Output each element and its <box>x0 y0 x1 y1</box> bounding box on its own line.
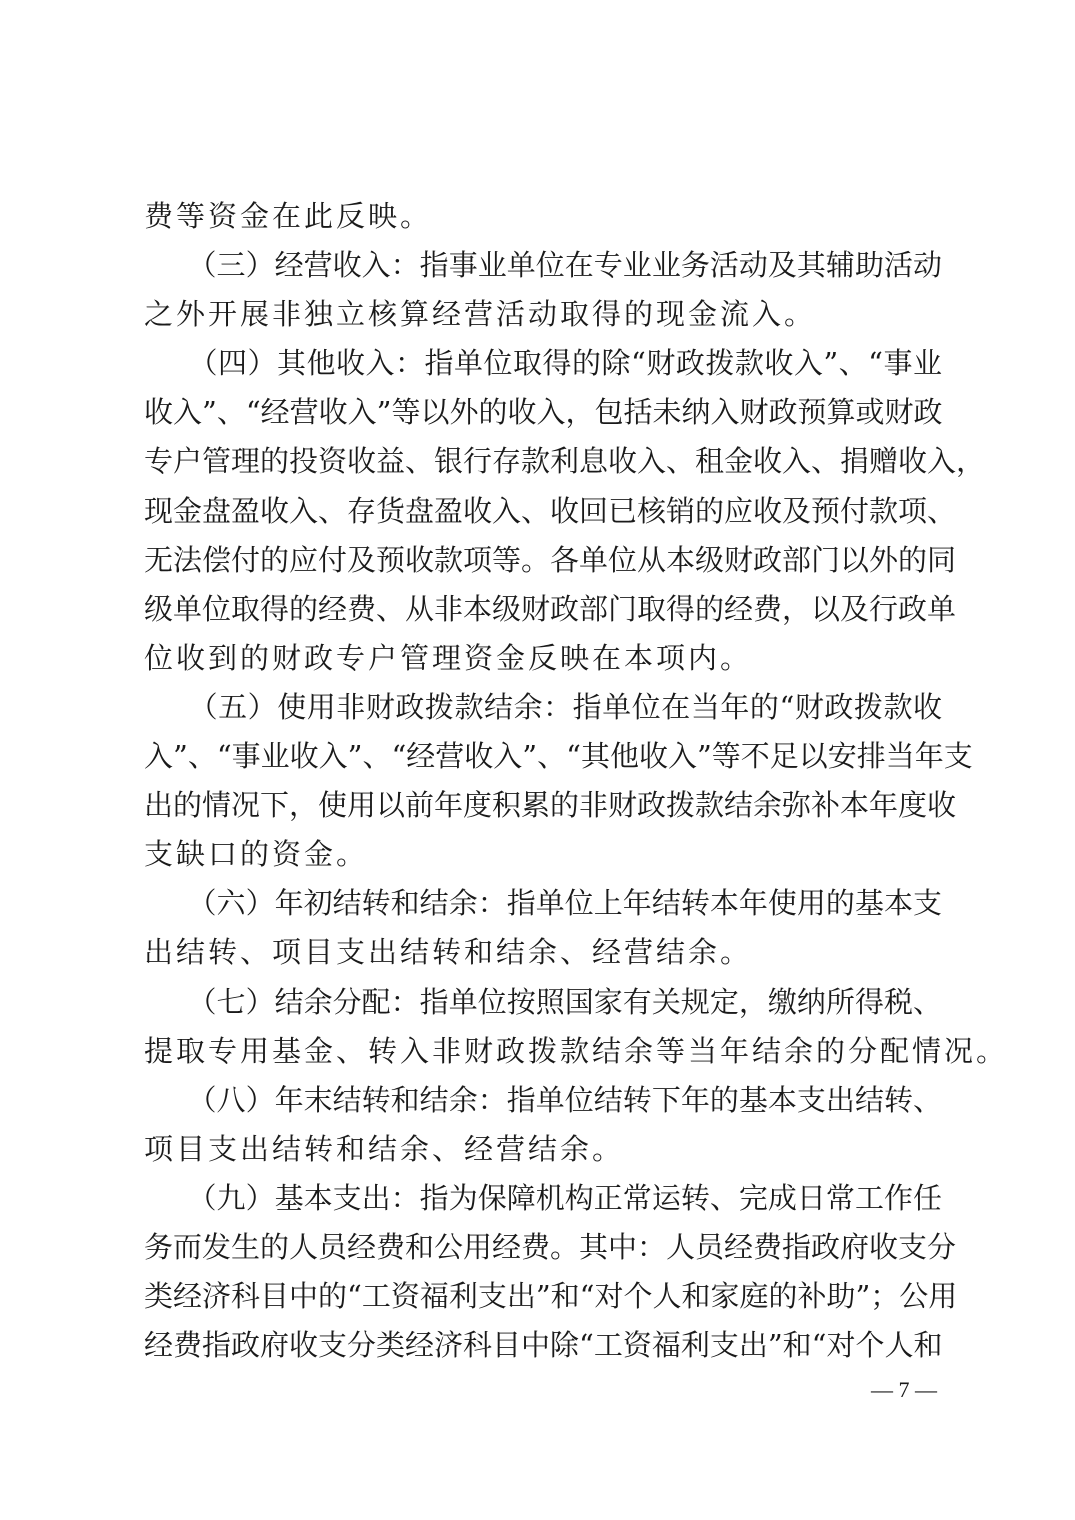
text-line: 经费指政府收支分类经济科目中除“工资福利支出”和“对个人和 <box>144 1321 942 1370</box>
text-line: 出的情况下，使用以前年度积累的非财政拨款结余弥补本年度收 <box>144 781 942 830</box>
text-line: 专户管理的投资收益、银行存款利息收入、租金收入、捐赠收入， <box>144 437 942 486</box>
text-line: 入”、“事业收入”、“经营收入”、“其他收入”等不足以安排当年支 <box>144 732 942 781</box>
document-page: 费等资金在此反映。 （三）经营收入：指事业单位在专业业务活动及其辅助活动 之外开… <box>0 0 1075 1520</box>
text-line: 类经济科目中的“工资福利支出”和“对个人和家庭的补助”；公用 <box>144 1272 942 1321</box>
body-text: 费等资金在此反映。 （三）经营收入：指事业单位在专业业务活动及其辅助活动 之外开… <box>144 192 942 1370</box>
text-line: 费等资金在此反映。 <box>144 192 942 241</box>
text-line: 现金盘盈收入、存货盘盈收入、收回已核销的应收及预付款项、 <box>144 487 942 536</box>
text-line: （八）年末结转和结余：指单位结转下年的基本支出结转、 <box>144 1076 942 1125</box>
page-number: — 7 — <box>862 1372 946 1408</box>
text-line: （九）基本支出：指为保障机构正常运转、完成日常工作任 <box>144 1174 942 1223</box>
text-line: 之外开展非独立核算经营活动取得的现金流入。 <box>144 290 942 339</box>
text-line: 项目支出结转和结余、经营结余。 <box>144 1125 942 1174</box>
text-line: 提取专用基金、转入非财政拨款结余等当年结余的分配情况。 <box>144 1027 942 1076</box>
text-line: 级单位取得的经费、从非本级财政部门取得的经费，以及行政单 <box>144 585 942 634</box>
text-line: 出结转、项目支出结转和结余、经营结余。 <box>144 928 942 977</box>
text-line: （三）经营收入：指事业单位在专业业务活动及其辅助活动 <box>144 241 942 290</box>
text-line: 位收到的财政专户管理资金反映在本项内。 <box>144 634 942 683</box>
text-line: 支缺口的资金。 <box>144 830 942 879</box>
text-line: 无法偿付的应付及预收款项等。各单位从本级财政部门以外的同 <box>144 536 942 585</box>
text-line: （五）使用非财政拨款结余：指单位在当年的“财政拨款收 <box>144 683 942 732</box>
text-line: 务而发生的人员经费和公用经费。其中：人员经费指政府收支分 <box>144 1223 942 1272</box>
text-line: （四）其他收入：指单位取得的除“财政拨款收入”、“事业 <box>144 339 942 388</box>
text-line: （六）年初结转和结余：指单位上年结转本年使用的基本支 <box>144 879 942 928</box>
text-line: （七）结余分配：指单位按照国家有关规定，缴纳所得税、 <box>144 978 942 1027</box>
text-line: 收入”、“经营收入”等以外的收入，包括未纳入财政预算或财政 <box>144 388 942 437</box>
